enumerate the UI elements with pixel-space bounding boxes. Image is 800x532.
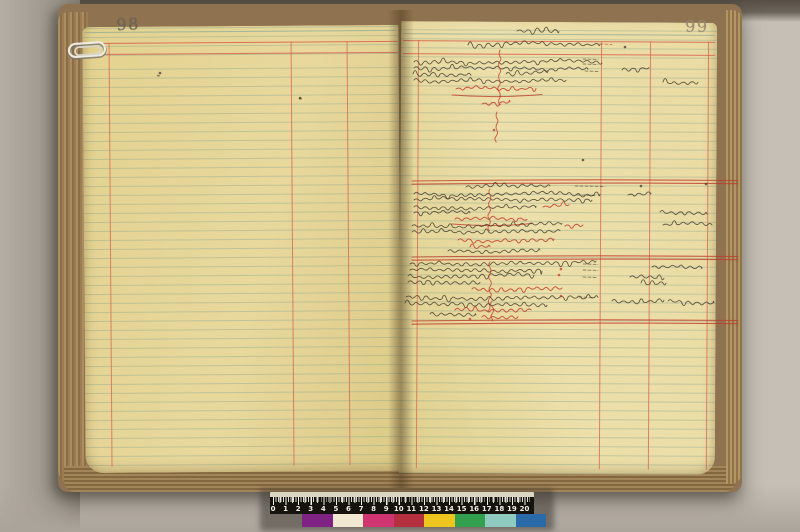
ruler-number: 8	[371, 505, 376, 513]
red-head-rule	[403, 40, 715, 43]
red-head-rule	[85, 52, 398, 55]
color-patch-green	[455, 514, 486, 527]
ledger-page-left: 98	[82, 25, 401, 473]
red-column-rule	[648, 41, 651, 469]
ruler-number: 13	[432, 505, 442, 513]
ruler-number: 3	[308, 505, 313, 513]
ruler-number: 1	[283, 505, 288, 513]
color-patch-magenta-pink	[363, 514, 394, 527]
color-patch-light-teal	[485, 514, 516, 527]
book-gutter-shadow	[388, 10, 414, 488]
red-column-rule	[599, 41, 602, 469]
color-patch-yellow	[424, 514, 455, 527]
color-patch-crimson-red	[394, 514, 425, 527]
ruler-number: 15	[457, 505, 467, 513]
red-margin-rule	[416, 40, 419, 468]
ruler-ticks-cm	[273, 497, 531, 505]
ink-speck	[157, 75, 160, 77]
feint-head-line	[403, 33, 715, 36]
ruler-number: 10	[394, 505, 404, 513]
color-patch-dark-magenta	[302, 514, 333, 527]
ruler-number: 14	[444, 505, 454, 513]
photo-backdrop: 98 99	[0, 0, 800, 532]
ruler-number: 18	[494, 505, 504, 513]
page-number-right: 99	[685, 17, 708, 36]
ruler-number: 4	[321, 505, 326, 513]
ruler-number: 0	[271, 505, 276, 513]
red-column-rule	[706, 42, 709, 470]
red-column-rule	[109, 43, 113, 467]
color-calibration-bar	[302, 514, 546, 527]
ruler-number: 11	[406, 505, 416, 513]
paperclip	[65, 35, 113, 64]
red-column-rule	[347, 41, 351, 465]
ruler-number: 6	[346, 505, 351, 513]
red-head-rule	[403, 53, 715, 56]
red-column-rule	[291, 42, 295, 466]
ruler-number: 17	[482, 505, 492, 513]
ledger-page-right: 99	[399, 21, 717, 475]
ruler-number: 7	[359, 505, 364, 513]
ruler-number: 9	[384, 505, 389, 513]
ruler-number: 5	[333, 505, 338, 513]
ruler-number: 20	[520, 505, 530, 513]
color-patch-blue	[516, 514, 547, 527]
ruler-number: 12	[419, 505, 429, 513]
ruler-number: 16	[469, 505, 479, 513]
ink-speck	[299, 98, 302, 100]
color-patch-cream	[333, 514, 364, 527]
page-stack-edge-right	[726, 10, 742, 484]
ruler-number: 19	[507, 505, 517, 513]
ruler-number: 2	[296, 505, 301, 513]
calibration-ruler: 01234567891011121314151617181920	[270, 497, 534, 514]
ledger-book: 98 99	[58, 4, 742, 492]
red-head-rule	[85, 41, 398, 44]
